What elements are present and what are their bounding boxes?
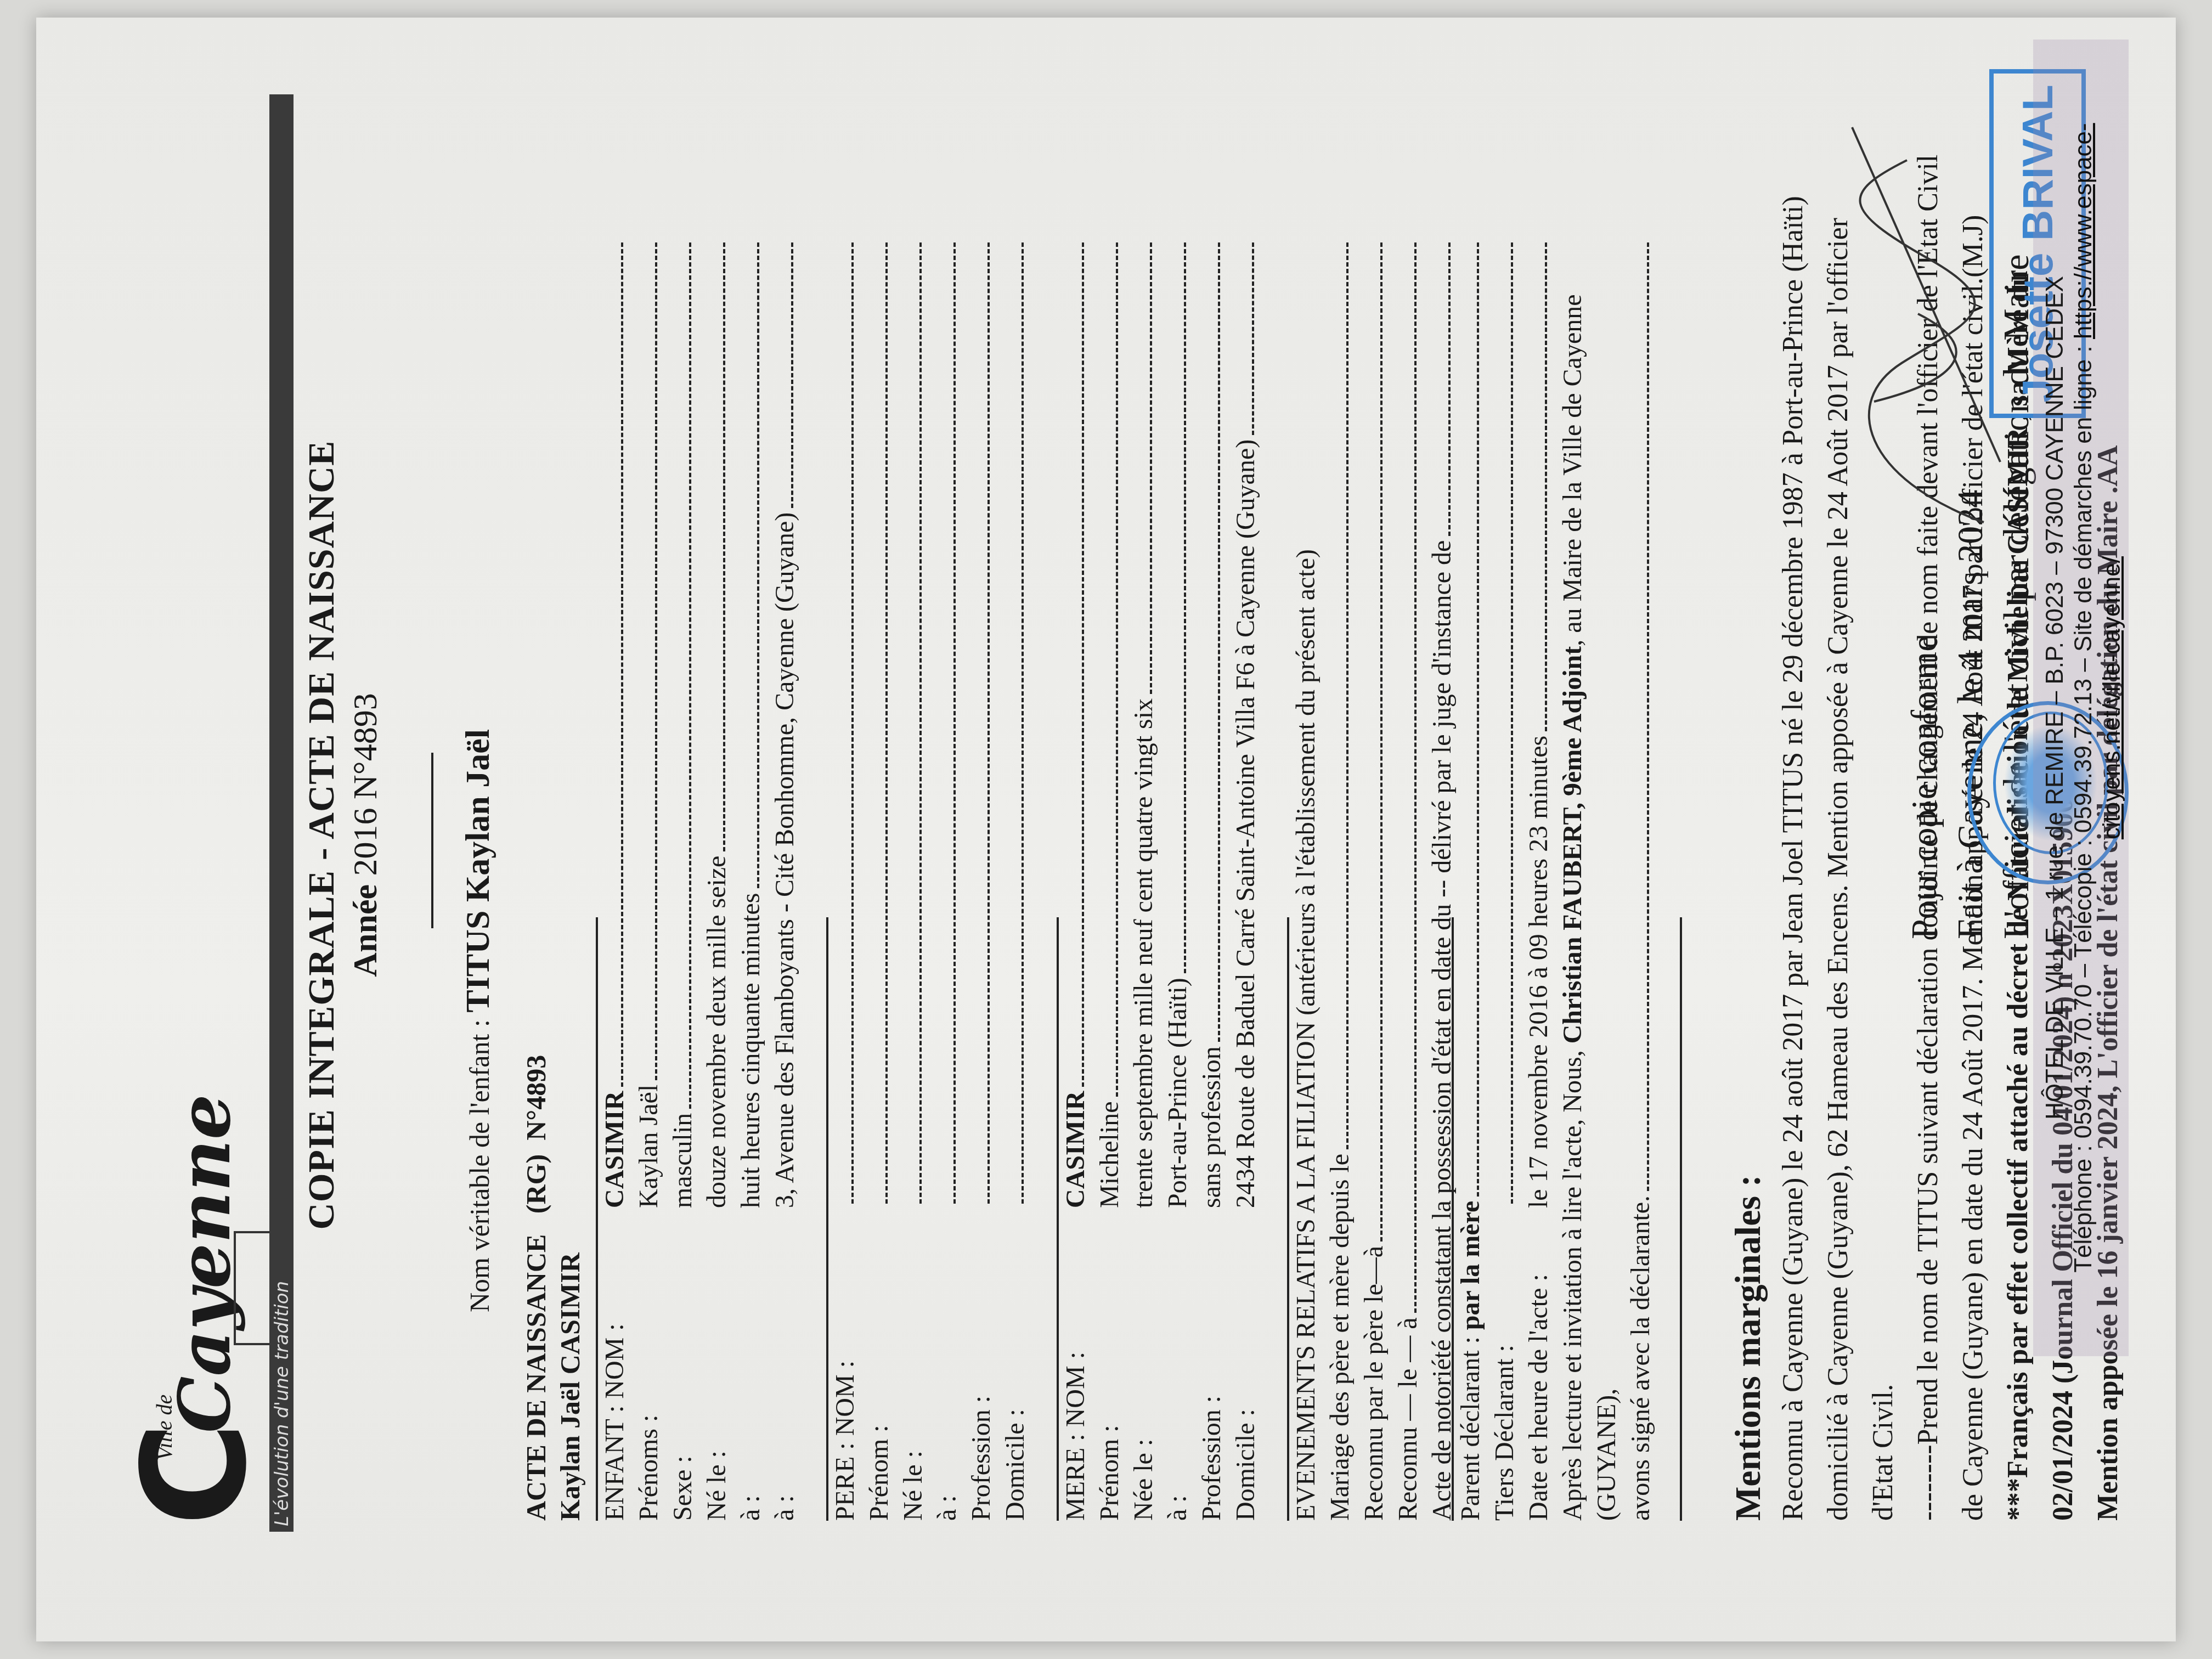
field-label: Né le : — [700, 1208, 734, 1521]
footer-line-1: HÔTEL DE VILLE – 1 rue de REMIRE – B.P. … — [2041, 39, 2069, 1356]
field-value: douze novembre deux mille seize — [700, 856, 734, 1208]
signed-row: avons signé avec la déclarante. — [1624, 242, 1658, 1521]
filiation-line: Reconnu par le père le—à — [1357, 242, 1391, 1521]
reading-statement: Après lecture et invitation à lire l'act… — [1556, 242, 1624, 1521]
field-label: Prénom : — [862, 1208, 896, 1521]
field-label: à : — [930, 1208, 964, 1521]
field-label: à : — [734, 1208, 768, 1521]
field-row: Né le : — [896, 242, 930, 1521]
pere-fields: PERE : NOM :Prénom :Né le :à :Profession… — [828, 242, 1032, 1521]
field-label: PERE : NOM : — [828, 1208, 862, 1521]
field-label: Sexe : — [666, 1208, 700, 1521]
field-value: trente septembre mille neuf cent quatre … — [1127, 698, 1161, 1208]
footer-address: HÔTEL DE VILLE – 1 rue de REMIRE – B.P. … — [2033, 39, 2129, 1356]
filiation-text: Reconnu par le père le—à — [1357, 1246, 1391, 1521]
town-hall-icon — [234, 1231, 274, 1345]
field-row: Profession : — [964, 242, 998, 1521]
mere-fields: MERE : NOM :CASIMIRPrénom :MichelineNée … — [1059, 242, 1263, 1521]
field-label: MERE : NOM : — [1059, 1208, 1093, 1521]
footer-line-2: Téléphone : 0594.39.70.70 – Télécopie : … — [2069, 39, 2126, 1356]
real-name-value: TITUS Kaylan Jaël — [459, 729, 496, 1013]
field-value: masculin — [666, 1113, 700, 1208]
field-value: 2434 Route de Baduel Carré Saint-Antoine… — [1229, 439, 1263, 1208]
birth-certificate-page: C Ville de Cayenne L'évolution d'une tra… — [36, 18, 2176, 1641]
field-row: à : — [930, 242, 964, 1521]
section-enfant: ENFANT : NOM :CASIMIRPrénoms :Kaylan Jaë… — [596, 242, 802, 1521]
mentions-heading: Mentions marginales : — [1726, 149, 1771, 1521]
signed-text: avons signé avec la déclarante. — [1624, 1195, 1658, 1521]
filiation-text: Reconnu — le — à — [1391, 1317, 1425, 1521]
field-value: Micheline — [1093, 1101, 1127, 1208]
field-row: ENFANT : NOM :CASIMIR — [598, 242, 632, 1521]
real-name-label: Nom véritable de l'enfant : — [464, 1019, 495, 1312]
field-value: huit heures cinquante minutes — [734, 893, 768, 1208]
field-label: Profession : — [1195, 1208, 1229, 1521]
real-name: Nom véritable de l'enfant : TITUS Kaylan… — [459, 729, 498, 1312]
field-label: à : — [1161, 1208, 1195, 1521]
title-rule — [431, 753, 433, 928]
document-year: Année 2016 N°4893 — [346, 369, 385, 1301]
field-row: Née le :trente septembre mille neuf cent… — [1127, 242, 1161, 1521]
date-acte-row: Date et heure de l'acte : le 17 novembre… — [1522, 242, 1556, 1521]
acte-reference: ACTE DE NAISSANCE (RG) N°4893 Kaylan Jaë… — [519, 1055, 587, 1521]
field-value: Port-au-Prince (Haïti) — [1161, 978, 1195, 1208]
field-label: Domicile : — [998, 1208, 1032, 1521]
field-row: Prénom :Micheline — [1093, 242, 1127, 1521]
year-value: 2016 N°4893 — [347, 693, 384, 876]
field-row: Né le :douze novembre deux mille seize — [700, 242, 734, 1521]
field-row: Domicile : — [998, 242, 1032, 1521]
field-label: Profession : — [964, 1208, 998, 1521]
filiation-lines: Mariage des père et mère depuis leReconn… — [1323, 242, 1459, 1521]
parent-declarant-label: Parent déclarant : — [1456, 1336, 1485, 1521]
date-acte-label: Date et heure de l'acte : — [1522, 1208, 1556, 1521]
field-value: Kaylan Jaël — [632, 1085, 666, 1208]
acte-line-2: Kaylan Jaël CASIMIR — [553, 1055, 587, 1521]
section-declaration: Parent déclarant : par la mère Tiers Déc… — [1452, 242, 1682, 1521]
acte-line-1: ACTE DE NAISSANCE (RG) N°4893 — [519, 1055, 553, 1521]
field-label: Domicile : — [1229, 1208, 1263, 1521]
reading-text: Après lecture et invitation à lire l'act… — [1558, 1050, 1587, 1521]
field-label: Né le : — [896, 1208, 930, 1521]
filiation-heading: EVENEMENTS RELATIFS A LA FILIATION (anté… — [1289, 242, 1323, 1521]
officer-name: Christian FAUBERT, 9ème Adjoint — [1558, 646, 1587, 1044]
tagline: L'évolution d'une tradition — [271, 1281, 293, 1526]
field-row: Domicile :2434 Route de Baduel Carré Sai… — [1229, 242, 1263, 1521]
tiers-declarant-label: Tiers Déclarant : — [1488, 1208, 1522, 1521]
parent-declarant-row: Parent déclarant : par la mère — [1454, 242, 1488, 1521]
field-row: MERE : NOM :CASIMIR — [1059, 242, 1093, 1521]
filiation-text: Mariage des père et mère depuis le — [1323, 1154, 1357, 1521]
cayenne-logo: C Ville de Cayenne — [129, 1219, 272, 1526]
section-filiation: EVENEMENTS RELATIFS A LA FILIATION (anté… — [1287, 242, 1459, 1521]
field-row: Profession :sans profession — [1195, 242, 1229, 1521]
enfant-fields: ENFANT : NOM :CASIMIRPrénoms :Kaylan Jaë… — [598, 242, 802, 1521]
year-label: Année — [347, 884, 384, 977]
field-value: CASIMIR — [1059, 1091, 1093, 1208]
field-row: à :Port-au-Prince (Haïti) — [1161, 242, 1195, 1521]
section-pere: PERE : NOM :Prénom :Né le :à :Profession… — [826, 242, 1032, 1521]
field-value: CASIMIR — [598, 1091, 632, 1208]
field-row: à :huit heures cinquante minutes — [734, 242, 768, 1521]
field-value: 3, Avenue des Flamboyants - Cité Bonhomm… — [768, 512, 802, 1208]
field-label: ENFANT : NOM : — [598, 1208, 632, 1521]
field-label: Née le : — [1127, 1208, 1161, 1521]
field-label: à : — [768, 1208, 802, 1521]
field-row: Prénom : — [862, 242, 896, 1521]
field-label: Prénoms : — [632, 1208, 666, 1521]
tiers-declarant-row: Tiers Déclarant : — [1488, 242, 1522, 1521]
field-row: Prénoms :Kaylan Jaël — [632, 242, 666, 1521]
field-row: à :3, Avenue des Flamboyants - Cité Bonh… — [768, 242, 802, 1521]
field-row: Sexe :masculin — [666, 242, 700, 1521]
date-acte-value: le 17 novembre 2016 à 09 heures 23 minut… — [1522, 736, 1556, 1208]
field-row: PERE : NOM : — [828, 242, 862, 1521]
section-mere: MERE : NOM :CASIMIRPrénom :MichelineNée … — [1057, 242, 1263, 1521]
filiation-line: Mariage des père et mère depuis le — [1323, 242, 1357, 1521]
field-value: sans profession — [1195, 1046, 1229, 1208]
footer-contact: Téléphone : 0594.39.70.70 – Télécopie : … — [2070, 339, 2097, 1273]
parent-declarant-value: par la mère — [1456, 1201, 1485, 1330]
document-title: COPIE INTEGRALE - ACTE DE NAISSANCE — [300, 369, 343, 1301]
field-label: Prénom : — [1093, 1208, 1127, 1521]
filiation-line: Reconnu — le — à — [1391, 242, 1425, 1521]
section-rule — [1680, 917, 1682, 1521]
